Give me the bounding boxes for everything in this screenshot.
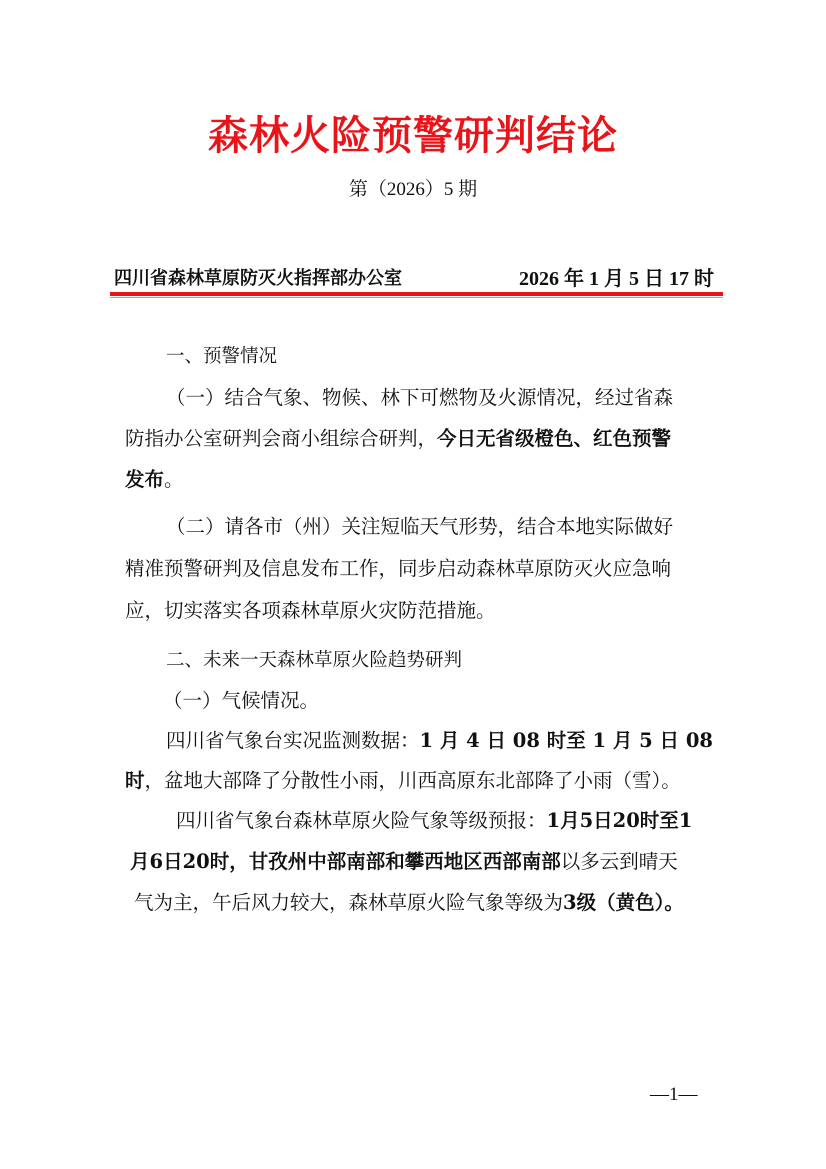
forecast-description: 气为主，午后风力较大，森林草原火险气象等级为	[134, 891, 563, 914]
page-number: —1—	[650, 1084, 698, 1106]
section-heading-trend: 二、未来一天森林草原火险趋势研判	[166, 640, 462, 681]
forecast-line3: 气为主，午后风力较大，森林草原火险气象等级为3级（黄色）。	[134, 882, 684, 923]
obs-period-end: 时	[125, 769, 145, 792]
issuing-organization: 四川省森林草原防灭火指挥部办公室	[114, 264, 402, 290]
forecast-region: 月6日20时，甘孜州中部南部和攀西地区西部南部	[130, 850, 561, 873]
forecast-line1: 四川省气象台森林草原火险气象等级预报：1月5日20时至1	[176, 800, 692, 841]
issue-datetime: 2026 年 1 月 5 日 17 时	[519, 262, 714, 291]
forecast-period: 1月5日20时至1	[547, 809, 693, 832]
para1-line2: 防指办公室研判会商小组综合研判，今日无省级橙色、红色预警	[125, 418, 671, 459]
issue-number: 第（2026）5 期	[0, 174, 826, 201]
header-rule	[110, 292, 723, 296]
para2-line3: 应，切实落实各项森林草原火灾防范措施。	[125, 590, 496, 631]
obs-label: 四川省气象台实况监测数据：	[166, 729, 420, 752]
forecast-label: 四川省气象台森林草原火险气象等级预报：	[176, 809, 547, 832]
obs-description: ，盆地大部降了分散性小雨，川西高原东北部降了小雨（雪）。	[145, 769, 681, 792]
para1-line1: （一）结合气象、物候、林下可燃物及火源情况，经过省森	[166, 377, 673, 418]
obs-line1: 四川省气象台实况监测数据：1 月 4 日 08 时至 1 月 5 日 08	[166, 720, 713, 761]
para1-line3: 发布。	[125, 459, 184, 500]
publish-text: 发布	[125, 468, 164, 491]
section-heading-warning: 一、预警情况	[166, 336, 277, 377]
obs-line2: 时，盆地大部降了分散性小雨，川西高原东北部降了小雨（雪）。	[125, 760, 681, 801]
period: 。	[164, 468, 184, 491]
para2-line2: 精准预警研判及信息发布工作，同步启动森林草原防灭火应急响	[125, 548, 671, 589]
para1-line2-text: 防指办公室研判会商小组综合研判，	[125, 427, 437, 450]
no-warning-notice: 今日无省级橙色、红色预警	[437, 427, 671, 450]
header-rule-thin	[110, 297, 723, 298]
forecast-weather: 以多云到晴天	[561, 850, 678, 873]
obs-period: 1 月 4 日 08 时至 1 月 5 日 08	[420, 729, 713, 752]
para2-line1: （二）请各市（州）关注短临天气形势，结合本地实际做好	[166, 506, 673, 547]
forecast-line2: 月6日20时，甘孜州中部南部和攀西地区西部南部以多云到晴天	[130, 841, 678, 882]
document-title: 森林火险预警研判结论	[0, 104, 826, 161]
fire-risk-level: 3级（黄色）。	[563, 891, 684, 914]
subheading-climate: （一）气候情况。	[163, 680, 319, 721]
